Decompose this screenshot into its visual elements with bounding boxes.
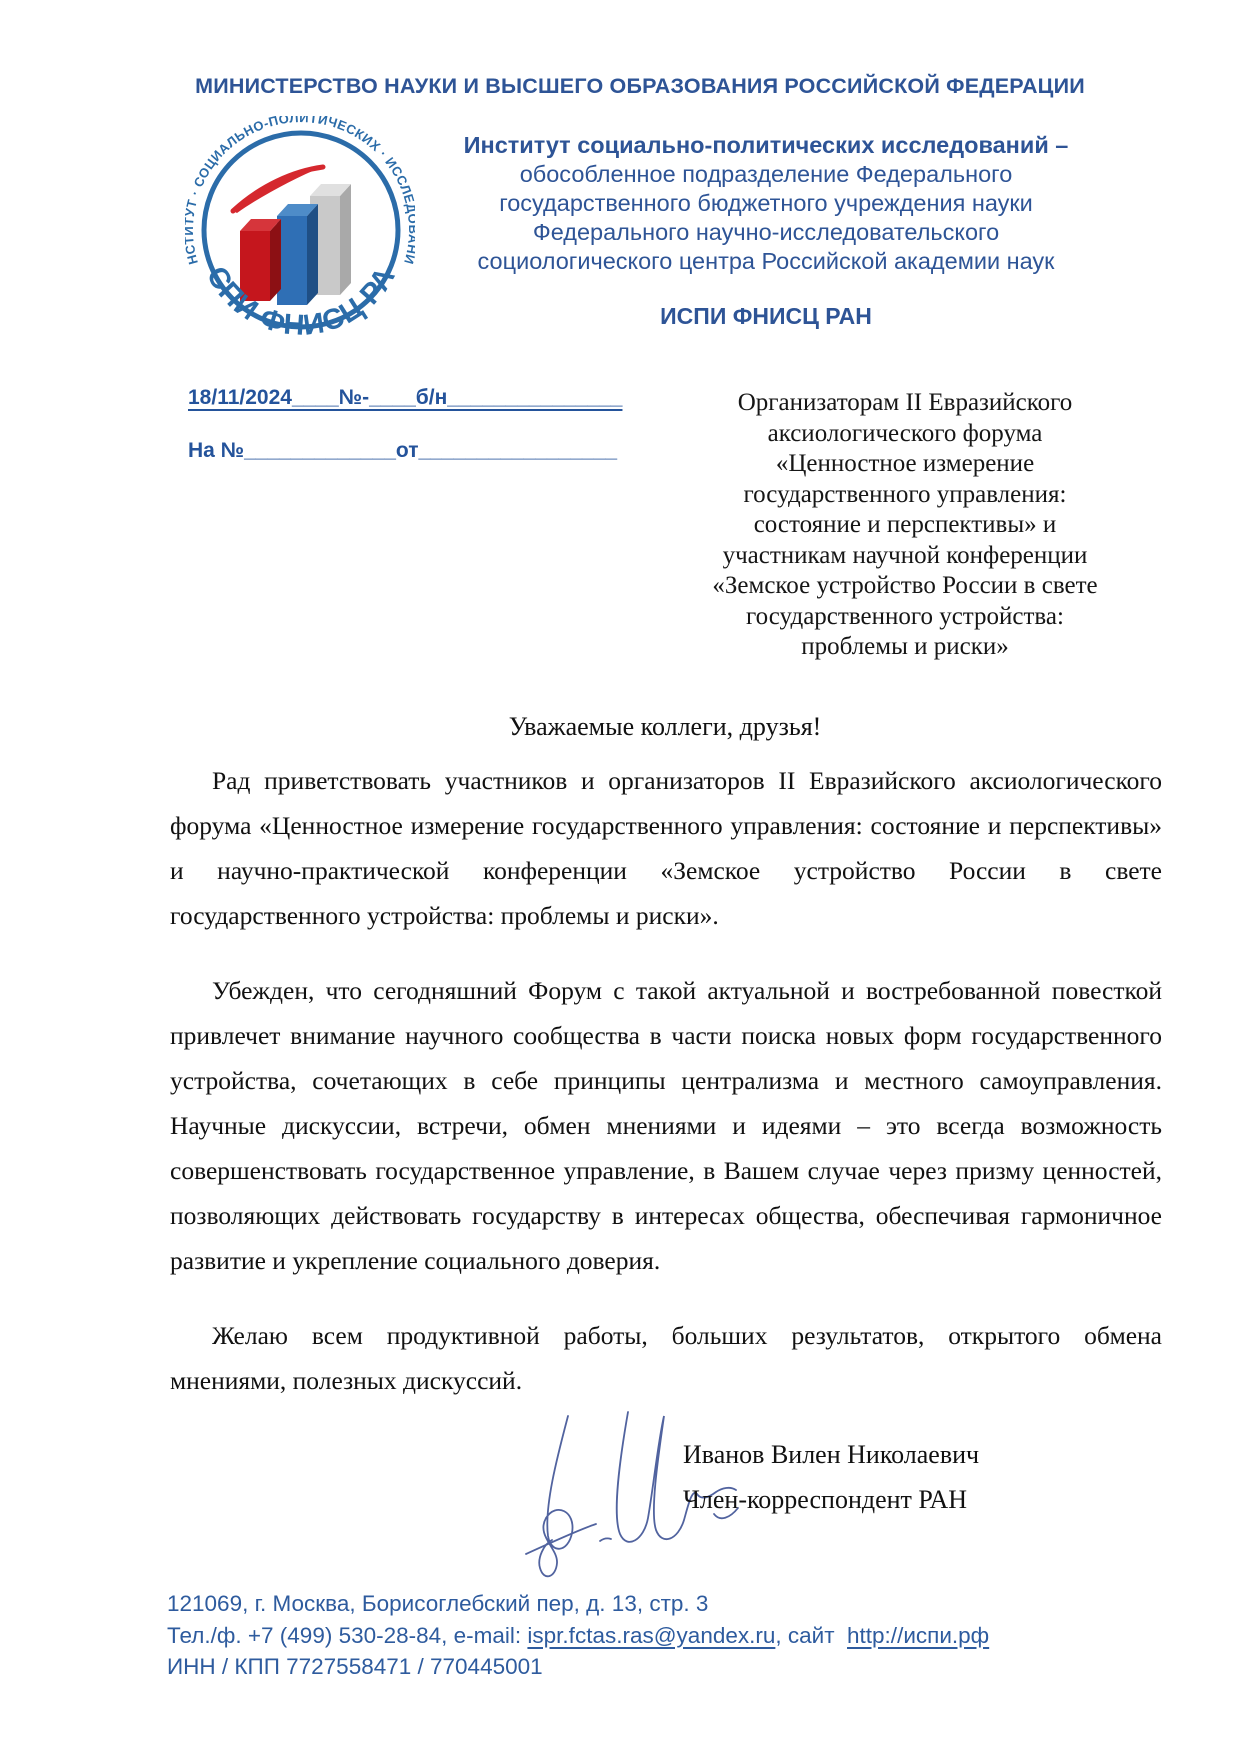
ispi-logo: ИНСТИТУТ · СОЦИАЛЬНО-ПОЛИТИЧЕСКИХ · ИССЛ…	[185, 116, 415, 366]
body-paragraph: Рад приветствовать участников и организа…	[170, 758, 1162, 938]
reply-number-line: На №_____________от_________________	[188, 439, 648, 463]
signatory-name: Иванов Вилен Николаевич	[683, 1432, 979, 1477]
recipient-line: проблемы и риски»	[660, 632, 1150, 663]
footer-email-link[interactable]: ispr.fctas.ras@yandex.ru	[527, 1623, 775, 1648]
recipient-line: состояние и перспективы» и	[660, 510, 1150, 541]
institute-line: государственного бюджетного учреждения н…	[420, 189, 1112, 218]
signatory-title: Член-корреспондент РАН	[683, 1477, 979, 1522]
recipient-line: аксиологического форума	[660, 419, 1150, 450]
institute-line: обособленное подразделение Федерального	[420, 160, 1112, 189]
signatory-block: Иванов Вилен Николаевич Член-корреспонде…	[683, 1432, 979, 1522]
recipient-line: государственного устройства:	[660, 602, 1150, 633]
footer: 121069, г. Москва, Борисоглебский пер, д…	[167, 1588, 1157, 1683]
recipient-line: Организаторам II Евразийского	[660, 388, 1150, 419]
reference-block: 18/11/2024____№-____б/н_______________ Н…	[188, 386, 648, 463]
footer-contacts: Тел./ф. +7 (499) 530-28-84, e-mail: ispr…	[167, 1620, 1157, 1652]
institute-line: Федерального научно-исследовательского	[420, 218, 1112, 247]
recipient-line: «Земское устройство России в свете	[660, 571, 1150, 602]
recipient-line: участникам научной конференции	[660, 541, 1150, 572]
footer-inn: ИНН / КПП 7727558471 / 770445001	[167, 1651, 1157, 1683]
footer-phone: Тел./ф. +7 (499) 530-28-84, e-mail:	[167, 1623, 527, 1648]
body-paragraph: Желаю всем продуктивной работы, больших …	[170, 1313, 1162, 1403]
footer-site-label: , сайт	[775, 1623, 840, 1648]
bar-blue	[277, 204, 318, 305]
institute-description: Институт социально-политических исследов…	[420, 131, 1112, 276]
body-paragraph: Убежден, что сегодняшний Форум с такой а…	[170, 968, 1162, 1283]
recipient-address: Организаторам II Евразийского аксиологич…	[660, 388, 1150, 663]
ministry-heading: МИНИСТЕРСТВО НАУКИ И ВЫСШЕГО ОБРАЗОВАНИЯ…	[40, 74, 1240, 98]
footer-site-link[interactable]: http://испи.рф	[847, 1623, 989, 1648]
recipient-line: «Ценностное измерение	[660, 449, 1150, 480]
footer-address: 121069, г. Москва, Борисоглебский пер, д…	[167, 1588, 1157, 1620]
institute-line: социологического центра Российской акаде…	[420, 247, 1112, 276]
institute-abbreviation: ИСПИ ФНИСЦ РАН	[420, 303, 1112, 330]
letter-page: МИНИСТЕРСТВО НАУКИ И ВЫСШЕГО ОБРАЗОВАНИЯ…	[0, 0, 1241, 1755]
recipient-line: государственного управления:	[660, 480, 1150, 511]
salutation: Уважаемые коллеги, друзья!	[170, 712, 1160, 742]
institute-line: Институт социально-политических исследов…	[420, 131, 1112, 160]
outgoing-number-line: 18/11/2024____№-____б/н_______________	[188, 386, 648, 410]
letter-body: Рад приветствовать участников и организа…	[170, 758, 1162, 1433]
